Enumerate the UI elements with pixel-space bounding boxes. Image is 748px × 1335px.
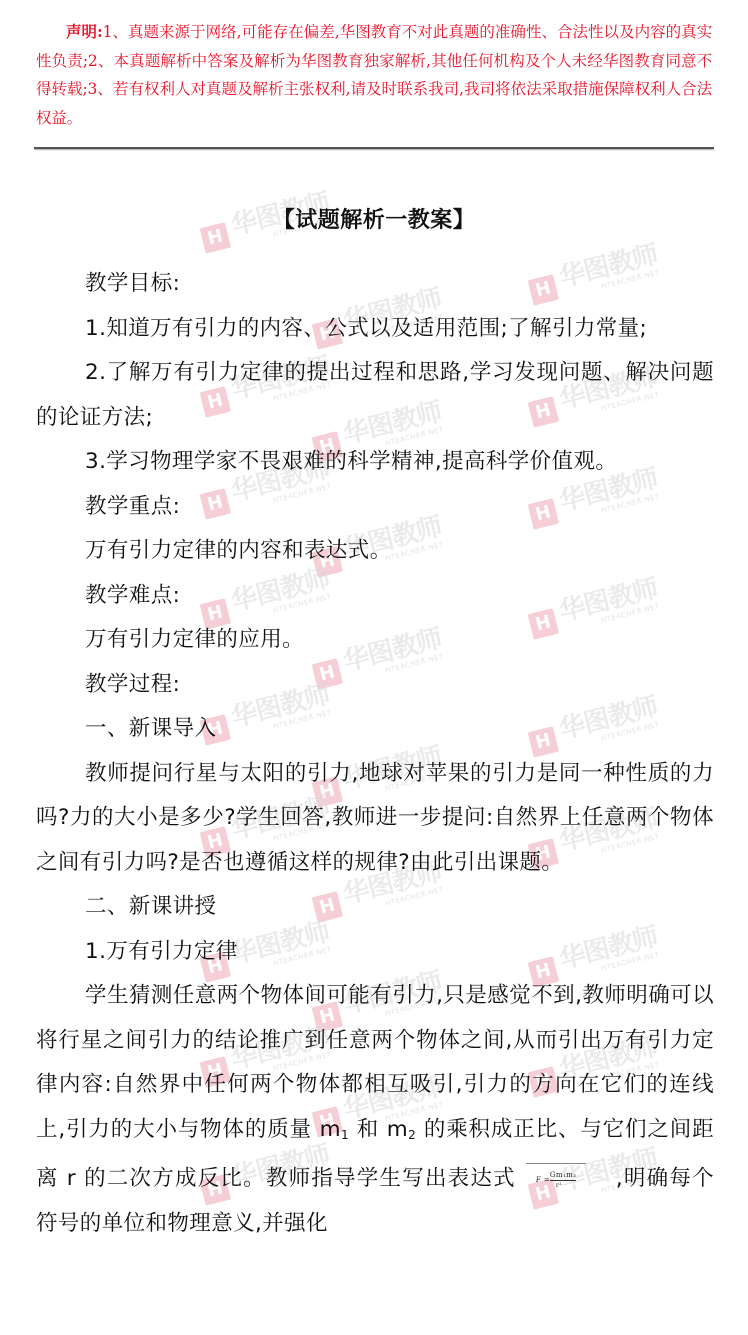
divider: [34, 147, 714, 149]
formula-lhs: F =: [536, 1177, 550, 1184]
gravitation-formula: F =Gm₁m₂r²: [516, 1169, 616, 1189]
disclaimer: 声明:1、真题来源于网络,可能存在偏差,华图教育不对此真题的准确性、合法性以及内…: [36, 18, 712, 132]
key-point-heading: 教学重点:: [36, 485, 714, 530]
objective-1: 1.知道万有引力的内容、公式以及适用范围;了解引力常量;: [36, 307, 714, 352]
difficulty: 万有引力定律的应用。: [36, 618, 714, 663]
disclaimer-label: 声明:: [66, 22, 103, 41]
objectives-heading: 教学目标:: [36, 262, 714, 307]
part2-heading: 二、新课讲授: [36, 885, 714, 930]
part1-text: 教师提问行星与太阳的引力,地球对苹果的引力是同一种性质的力吗?力的大小是多少?学…: [36, 752, 714, 886]
difficulty-heading: 教学难点:: [36, 574, 714, 619]
disclaimer-text: 1、真题来源于网络,可能存在偏差,华图教育不对此真题的准确性、合法性以及内容的真…: [36, 23, 712, 127]
part1-heading: 一、新课导入: [36, 707, 714, 752]
lesson-plan-body: 教学目标: 1.知道万有引力的内容、公式以及适用范围;了解引力常量; 2.了解万…: [36, 262, 714, 1246]
m2-subscript: 2: [408, 1128, 416, 1142]
objective-2: 2.了解万有引力定律的提出过程和思路,学习发现问题、解决问题的论证方法;: [36, 351, 714, 440]
objective-3: 3.学习物理学家不畏艰难的科学精神,提高科学价值观。: [36, 440, 714, 485]
key-point: 万有引力定律的内容和表达式。: [36, 529, 714, 574]
m1-subscript: 1: [341, 1128, 349, 1142]
page-title: 【试题解析一教案】: [0, 206, 748, 236]
formula-numerator: Gm₁m₂: [550, 1172, 576, 1181]
part2-text: 学生猜测任意两个物体间可能有引力,只是感觉不到,教师明确可以将行星之间引力的结论…: [36, 974, 714, 1246]
part2-subheading: 1.万有引力定律: [36, 930, 714, 975]
formula-denominator: r²: [556, 1182, 562, 1189]
process-heading: 教学过程:: [36, 663, 714, 708]
